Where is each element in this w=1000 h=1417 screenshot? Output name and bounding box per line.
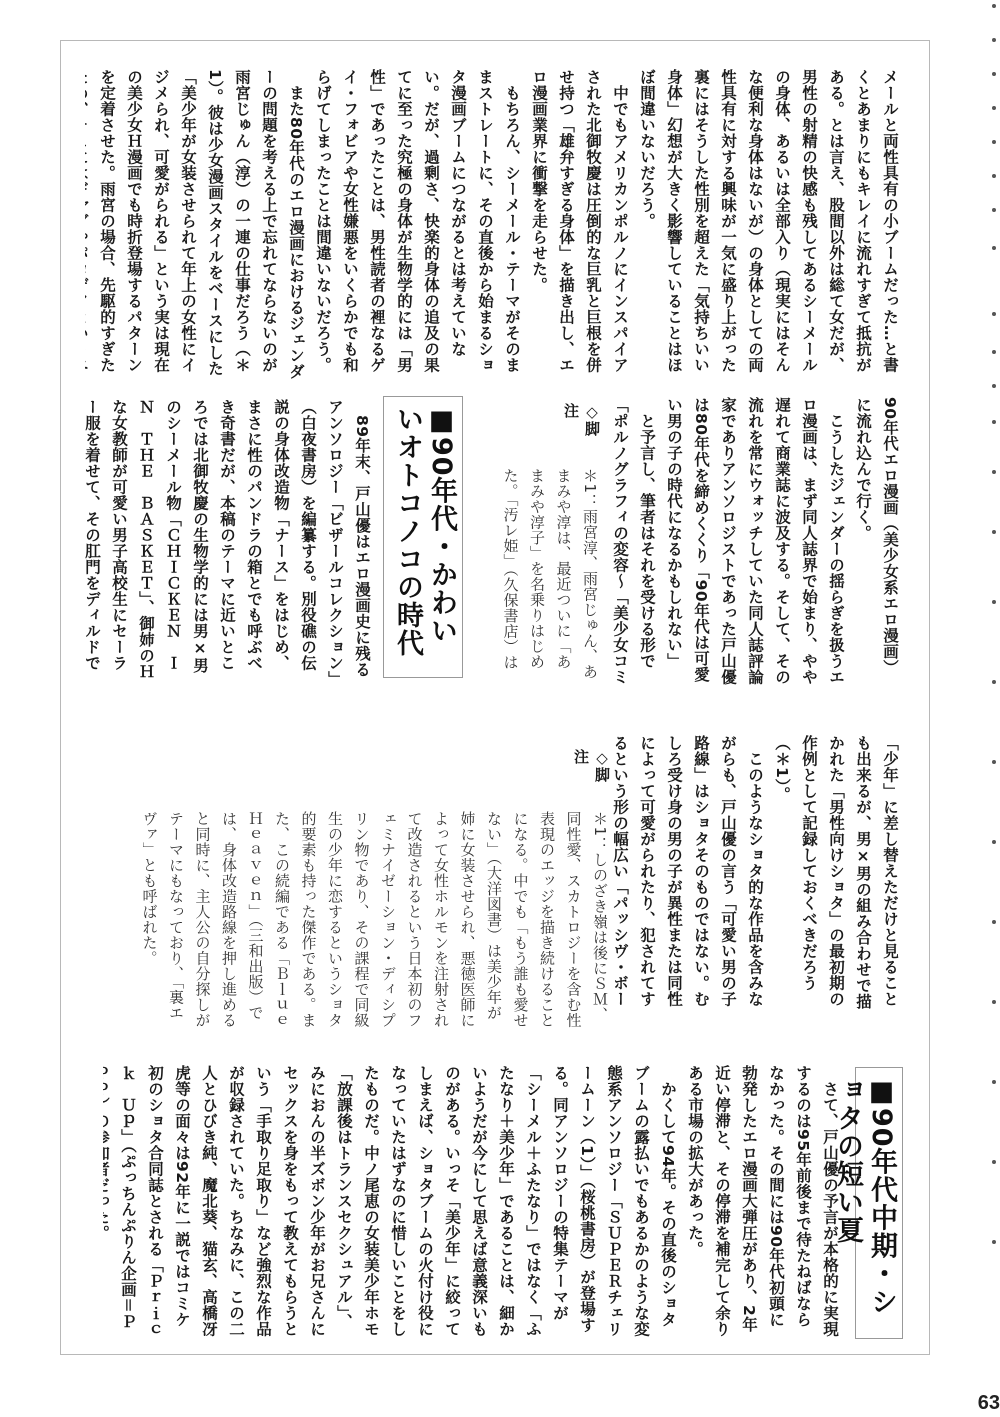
body-text-tier1: メールと両性具有の小ブームだった…と書くとあまりにもキレイに流れすぎて抵抗がある…: [85, 69, 903, 387]
edge-mark: [992, 600, 996, 604]
edge-mark: [992, 1080, 996, 1084]
edge-mark: [992, 1000, 996, 1004]
footnote-text: ＊1：しのざき嶺は後にＳＭ、同性愛、スカトロジーを含む性表現のエッジを描き続ける…: [143, 811, 613, 1029]
footnotes-tier3: ◇脚注 ＊1：しのざき嶺は後にＳＭ、同性愛、スカトロジーを含む性表現のエッジを描…: [143, 749, 613, 1029]
section-heading-kawaii: ■90年代・かわいいオトコノコの時代: [383, 396, 463, 678]
footnotes-tier2: ◇脚注 ＊1：雨宮淳、雨宮じゅん、あまみや淳は、最近ついに「あまみや淳子」を名乗…: [493, 403, 603, 683]
edge-mark: [992, 420, 996, 424]
edge-mark: [992, 106, 996, 110]
edge-mark: [992, 530, 996, 534]
edge-mark: [992, 38, 996, 42]
edge-mark: [992, 1240, 996, 1244]
page-number: 63: [978, 1392, 1000, 1415]
edge-mark: [992, 72, 996, 76]
tier-1: メールと両性具有の小ブームだった…と書くとあまりにもキレイに流れすぎて抵抗がある…: [61, 69, 929, 387]
edge-mark: [992, 312, 996, 316]
edge-mark: [992, 140, 996, 144]
edge-mark: [992, 4, 996, 8]
tier-3: 「少年」に差し替えただけと見ることも出来るが、男×男の組み合わせで描かれた「男性…: [61, 731, 929, 1046]
body-text-tier3: 「少年」に差し替えただけと見ることも出来るが、男×男の組み合わせで描かれた「男性…: [613, 735, 903, 1015]
edge-mark: [992, 246, 996, 250]
body-text-tier2: 90年代エロ漫画（美少女系エロ漫画）に流れ込んで行く。 こうしたジェンダーの揺ら…: [603, 397, 903, 687]
footnote-heading: ◇脚注: [497, 403, 603, 446]
edge-mark: [992, 208, 996, 212]
edge-mark: [992, 174, 996, 178]
body-text-section2: 89年末、戸山優はエロ漫画史に残るアンソロジー「ビザールコレクション」（白夜書房…: [75, 399, 375, 681]
edge-mark: [992, 384, 996, 388]
edge-mark: [992, 920, 996, 924]
edge-mark: [992, 470, 996, 474]
tier-2: 90年代エロ漫画（美少女系エロ漫画）に流れ込んで行く。 こうしたジェンダーの揺ら…: [61, 391, 929, 726]
tier-4: ■90年代中期・ショタの短い夏 さて、戸山優の予言が本格的に実現するのは95年前…: [61, 1061, 929, 1346]
adjacent-page-edge: [988, 0, 1000, 1417]
edge-mark: [992, 1160, 996, 1164]
body-text-tier4: さて、戸山優の予言が本格的に実現するのは95年前後まで待たねばならなかった。その…: [103, 1065, 843, 1337]
edge-mark: [992, 840, 996, 844]
page-frame: メールと両性具有の小ブームだった…と書くとあまりにもキレイに流れすぎて抵抗がある…: [60, 40, 930, 1355]
edge-mark: [992, 760, 996, 764]
footnote-text: ＊1：雨宮淳、雨宮じゅん、あまみや淳は、最近ついに「あまみや淳子」を名乗りはじめ…: [493, 468, 603, 683]
edge-mark: [992, 680, 996, 684]
section-heading-shota-summer: ■90年代中期・ショタの短い夏: [855, 1067, 903, 1339]
edge-mark: [992, 350, 996, 354]
footnote-heading: ◇脚注: [147, 749, 613, 791]
